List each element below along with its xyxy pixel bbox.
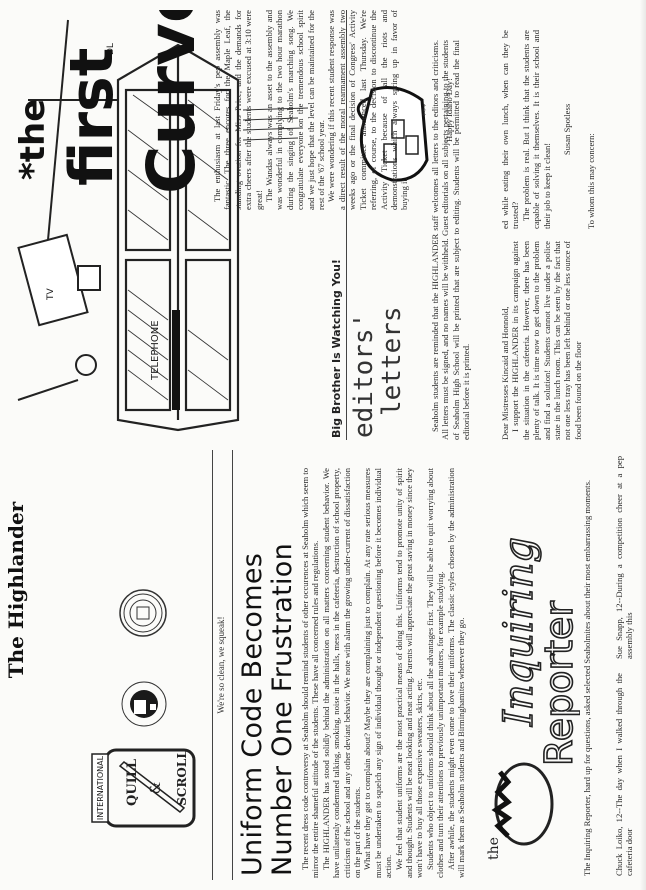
masthead-title: The Highlander <box>4 440 28 740</box>
svg-text:&: & <box>148 782 164 794</box>
school-seal-icon <box>118 588 168 638</box>
svg-text:SCROLL: SCROLL <box>175 750 189 806</box>
inquiring-reporter-logo-icon: the Inquiring Reporter <box>468 446 580 876</box>
inquiring-reporter-intro: The Inquiring Reporter, hard up for ques… <box>582 456 592 876</box>
newspaper-page: The Highlander INTERNATIONAL QUILL & SCR… <box>0 0 646 890</box>
letter-column-1: Dear Mistresses Kincaid and Honnold, I s… <box>500 241 597 440</box>
letter-2-start: To whom this may concern: <box>586 30 596 229</box>
svg-text:first: first <box>57 48 127 186</box>
uniform-article: The recent dress code controversy at Sea… <box>300 468 467 878</box>
paragraph: We feel that student uniforms are the mo… <box>394 468 425 878</box>
svg-text:TELEPHONE: TELEPHONE <box>150 320 161 381</box>
separator: *** <box>420 10 430 210</box>
svg-text:Curve: Curve <box>133 10 209 194</box>
paragraph: The Wandas always was an asset to the as… <box>264 10 326 210</box>
svg-text:INTERNATIONAL: INTERNATIONAL <box>96 755 105 820</box>
paragraph: The recent dress code controversy at Sea… <box>300 468 321 878</box>
first-curve-logo-icon: *the first Curve <box>4 10 209 200</box>
editors-letters-title: editors' letters <box>350 258 406 438</box>
svg-text:the: the <box>486 837 502 860</box>
divider <box>232 450 233 880</box>
scan-edge <box>640 0 646 890</box>
answer-item: Chuck Loiko, 12--The day when I walked t… <box>614 673 635 876</box>
paragraph: What have they got to complain about? Ma… <box>362 468 393 878</box>
svg-text:TV: TV <box>46 288 56 301</box>
inquiring-reporter-answers: Chuck Loiko, 12--The day when I walked t… <box>614 456 635 876</box>
first-curve-column: The enthusiasm at last Friday's pep asse… <box>212 10 455 210</box>
letter-signature: Susan Spotless <box>562 30 572 229</box>
headline-line-2: Number One Frustration <box>268 456 298 876</box>
quill-and-scroll-badge-icon: INTERNATIONAL QUILL & SCROLL <box>90 744 198 832</box>
masthead-motto: We're so clean, we squeak! <box>216 450 226 880</box>
headline-line-1: Uniform Code Becomes <box>238 456 268 876</box>
paragraph: Students who object to uniforms should t… <box>425 468 446 878</box>
paragraph: The HIGHLANDER has stood solidly behind … <box>321 468 363 878</box>
answer-item: Sue Snapp, 12--During a competition chee… <box>614 456 635 659</box>
paragraph: We were wondering if this recent student… <box>326 10 409 210</box>
letter-salutation: Dear Mistresses Kincaid and Honnold, <box>500 241 510 440</box>
svg-text:Inquiring: Inquiring <box>496 537 542 727</box>
svg-text:*the: *the <box>13 99 53 180</box>
uniform-headline: Uniform Code Becomes Number One Frustrat… <box>238 456 298 876</box>
paragraph: The enthusiasm at last Friday's pep asse… <box>212 10 264 210</box>
svg-text:Reporter: Reporter <box>537 601 580 766</box>
svg-text:QUILL: QUILL <box>125 759 140 806</box>
national-scholastic-press-badge-icon <box>120 680 168 728</box>
closing-line: Happy Idaho Day! <box>444 10 454 210</box>
divider <box>212 450 213 880</box>
letter-columns: Dear Mistresses Kincaid and Honnold, I s… <box>500 30 597 440</box>
paragraph: After awhile, the students might even co… <box>446 468 467 878</box>
letter-column-2: ed while eating their own lunch, when ca… <box>500 30 597 229</box>
